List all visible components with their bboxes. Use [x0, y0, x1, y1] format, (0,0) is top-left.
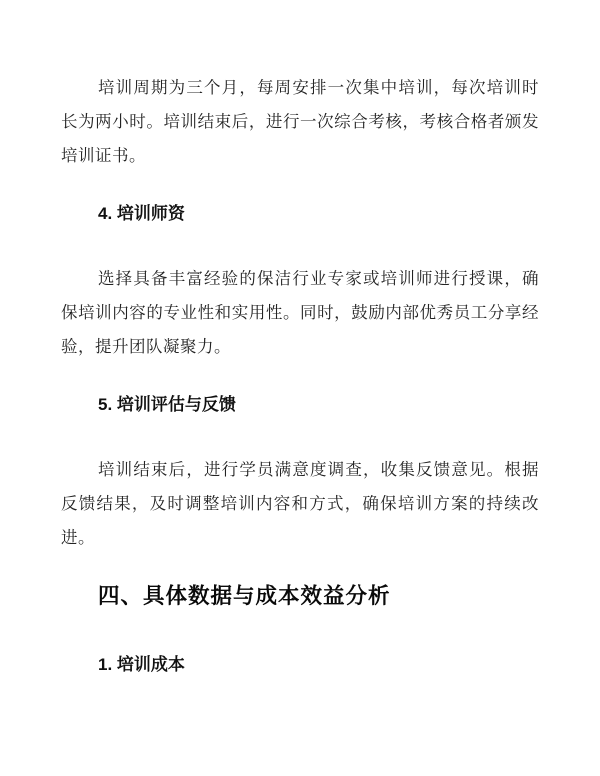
- paragraph-training-evaluation-feedback: 培训结束后，进行学员满意度调查，收集反馈意见。根据反馈结果，及时调整培训内容和方…: [61, 453, 539, 555]
- document-page: 培训周期为三个月，每周安排一次集中培训，每次培训时长为两小时。培训结束后，进行一…: [0, 0, 600, 776]
- heading-training-faculty: 4. 培训师资: [61, 197, 539, 231]
- heading-training-evaluation-feedback: 5. 培训评估与反馈: [61, 388, 539, 422]
- heading-section-four-data-cost-benefit: 四、具体数据与成本效益分析: [61, 577, 539, 615]
- heading-training-cost: 1. 培训成本: [61, 648, 539, 682]
- paragraph-training-faculty: 选择具备丰富经验的保洁行业专家或培训师进行授课，确保培训内容的专业性和实用性。同…: [61, 262, 539, 364]
- paragraph-training-schedule: 培训周期为三个月，每周安排一次集中培训，每次培训时长为两小时。培训结束后，进行一…: [61, 71, 539, 173]
